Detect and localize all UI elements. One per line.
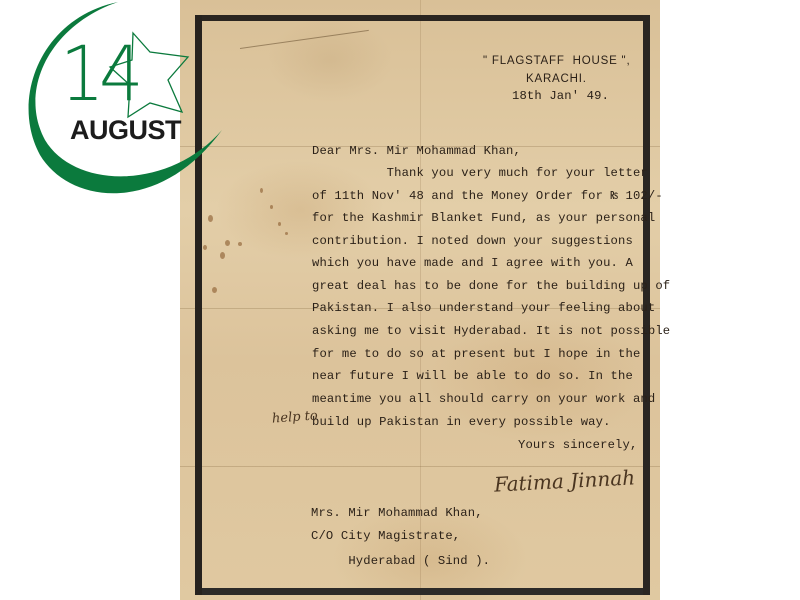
stain [203,245,207,250]
body-line: for me to do so at present but I hope in… [312,347,640,361]
logo-month: AUGUST [70,117,181,144]
stain [225,240,230,246]
independence-day-logo: 14 AUGUST [0,0,230,220]
body-line: Pakistan. I also understand your feeling… [312,301,655,315]
body-line: for the Kashmir Blanket Fund, as your pe… [312,211,655,225]
stain [238,242,242,246]
paper-crack [240,30,369,49]
letterhead-city: KARACHI. [526,73,587,85]
handwritten-insert: help to [272,408,319,426]
body-line: of 11th Nov' 48 and the Money Order for … [312,189,663,203]
body-line: Thank you very much for your letter [312,166,648,180]
salutation: Dear Mrs. Mir Mohammad Khan, [312,144,521,158]
border-frame-top [195,15,650,21]
stain [285,232,288,235]
stain [278,222,281,226]
closing: Yours sincerely, [518,438,637,452]
address-line: Hyderabad ( Sind ). [311,554,490,568]
border-frame-bottom [198,588,650,595]
body-line: meantime you all should carry on your wo… [312,392,655,406]
logo-day: 14 [60,36,138,112]
stain [270,205,273,209]
body-line: great deal has to be done for the buildi… [312,279,670,293]
body-line: contribution. I noted down your suggesti… [312,234,633,248]
stain [260,188,263,193]
body-line: near future I will be able to do so. In … [312,369,633,383]
body-line: build up Pakistan in every possible way. [312,415,611,429]
letterhead-name: " FLAGSTAFF HOUSE ", [483,55,630,67]
body-line: asking me to visit Hyderabad. It is not … [312,324,670,338]
address-line: Mrs. Mir Mohammad Khan, [311,506,483,520]
address-line: C/O City Magistrate, [311,529,460,543]
body-line: which you have made and I agree with you… [312,256,633,270]
stain [220,252,225,259]
letter-date: 18th Jan' 49. [512,89,609,103]
stain [212,287,217,293]
